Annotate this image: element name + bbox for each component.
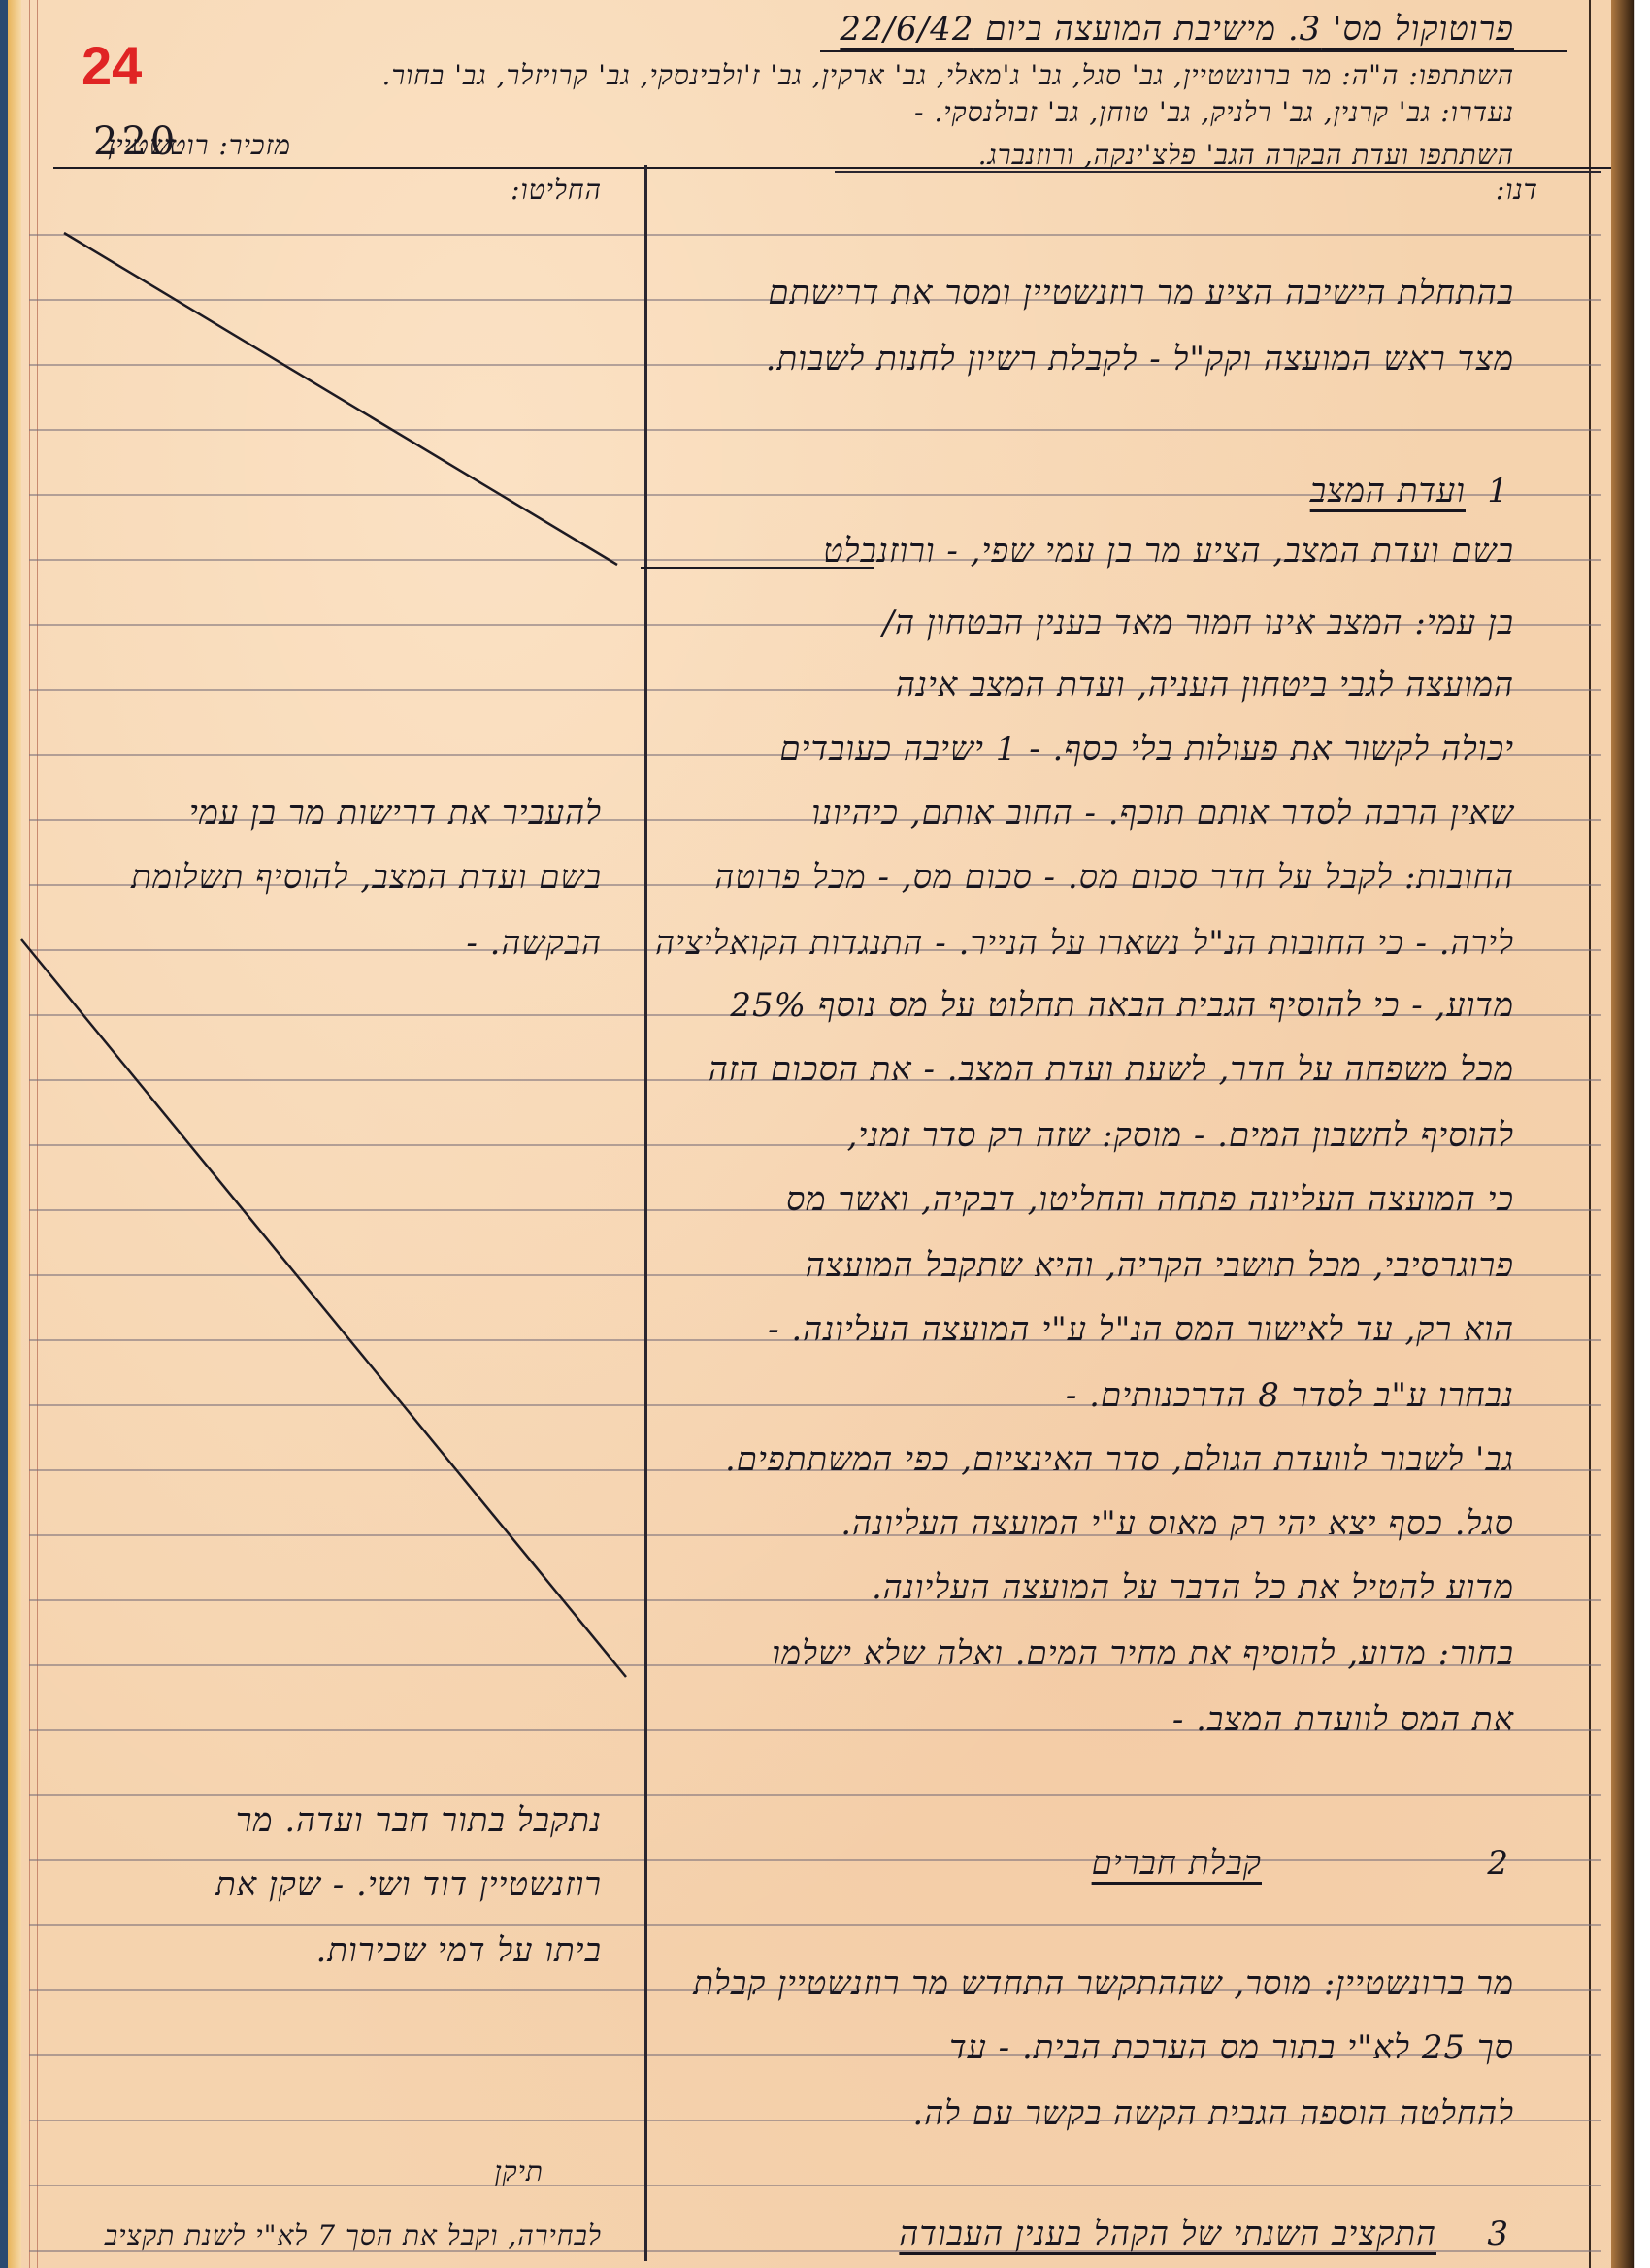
discussion-line: מדוע, - כי להוסיף הגבית הבאה תחלוט על מס… xyxy=(730,986,1514,1025)
decision-line: בשם ועדת המצב, להוסיף תשלומת xyxy=(131,858,602,897)
discussion-line: שאין הרבה לסדר אותם תוכף. - החוב אותם, כ… xyxy=(811,794,1514,833)
discussion-line: החובות: לקבל על חדר סכום מס. - סכום מס, … xyxy=(715,858,1515,897)
guests-row: השתתפו ועדת הבקרה הגב' פלצ'ינקה, ורוזנבר… xyxy=(978,140,1514,171)
secretary-row: מזכיר: רוטשטיין xyxy=(108,130,291,161)
section-number: 2 xyxy=(1487,1844,1509,1883)
discussion-line: סך 25 לא"י בתור מס הערכת הבית. - עד xyxy=(949,2028,1514,2067)
secretary-label: מזכיר: xyxy=(218,129,291,161)
decision-line: להעביר את דרישות מר בן עמי xyxy=(189,794,602,833)
discussion-line: להוסיף לחשבון המים. - מוסק: שזה רק סדר ז… xyxy=(847,1116,1514,1155)
discussion-line: מר ברונשטיין: מוסר, שההתקשר התחדש מר רוז… xyxy=(693,1964,1514,2003)
section-title: ועדת המצב xyxy=(1310,472,1466,510)
discussion-line: המועצה לגבי ביטחון העניה, ועדת המצב אינה xyxy=(896,666,1514,705)
absent-row: נעדרו: גב' קרנין, גב' רלניק, גב' טוחן, ג… xyxy=(914,97,1514,128)
margin-rule-right xyxy=(1589,0,1591,2268)
column-divider xyxy=(644,165,647,2261)
archive-number: 24 xyxy=(82,37,142,95)
decision-line: נתקבל בתור חבר ועדה. מר xyxy=(236,1801,602,1840)
page-gilt-edge xyxy=(8,0,21,2268)
discussion-line: נבחרו ע"ב לסדר 8 הדרכנותים. - xyxy=(1066,1376,1514,1415)
discussion-line: מדוע להטיל את כל הדבר על המועצה העליונה. xyxy=(872,1568,1514,1607)
discussion-line: גב' לשבור לוועדת הגולם, סדר האינציום, כפ… xyxy=(725,1440,1514,1479)
discussion-line: בחור: מדוע, להוסיף את מחיר המים. ואלה של… xyxy=(772,1634,1514,1673)
discussion-line: להחלטה הוספה הגבית הקשה בקשר עם לה. xyxy=(912,2094,1514,2133)
discussion-line: לירה. - כי החובות הנ"ל נשארו על הנייר. -… xyxy=(655,924,1514,963)
discussion-line: את המס לוועדת המצב. - xyxy=(1172,1700,1514,1739)
decision-line: ביתו על דמי שכירות. xyxy=(316,1931,602,1970)
discussion-line: יכולה לקשור את פעולות בלי כסף. - 1 ישיבה… xyxy=(779,730,1514,769)
decision-correction-note: תיקן xyxy=(494,2156,544,2187)
intro-line: מצד ראש המועצה וקק"ל - לקבלת רשיון לחנות… xyxy=(766,340,1514,378)
diagonal-strike-2 xyxy=(21,939,626,1677)
section-title: התקציב השנתי של הקהל בענין העבודה xyxy=(899,2215,1436,2253)
participants-label: השתתפו: xyxy=(1408,59,1514,91)
title-underline xyxy=(820,50,1567,52)
protocol-title: פרוטוקול מס' 3. מישיבת המועצה ביום 22/6/… xyxy=(840,10,1514,49)
decided-label: החליטו: xyxy=(511,175,602,206)
intro-line: בהתחלת הישיבה הציע מר רוזנשטיין ומסר את … xyxy=(768,274,1514,312)
discussion-line: פרוגרסיבי, מכל תושבי הקריה, והיא שתקבל ה… xyxy=(806,1246,1514,1285)
diagonal-strike-1 xyxy=(64,233,617,565)
discussion-line: בשם ועדת המצב, הציע מר בן עמי שפי, - ורו… xyxy=(823,532,1514,571)
speaker-underline xyxy=(641,567,874,569)
discussion-line: כי המועצה העליונה פתחה והחליטו, דבקיה, ו… xyxy=(786,1180,1514,1219)
decision-line: לבחירה, וקבל את הסך 7 לא"י לשנת תקציב xyxy=(105,2220,602,2252)
notebook-page: 24 220 פרוטוקול מס' 3. מישיבת המועצה ביו… xyxy=(0,0,1611,2268)
participants-list: ה"ה: מר ברונשטיין, גב' סגל, גב' ג'מאלי, … xyxy=(381,59,1399,91)
margin-rule-left xyxy=(29,0,30,2268)
discussed-label: דנו: xyxy=(1496,175,1538,206)
section-number: 1 xyxy=(1487,472,1509,510)
secretary-name: רוטשטיין xyxy=(108,129,209,161)
discussion-line: בן עמי: המצב אינו חמור מאד בענין הבטחון … xyxy=(883,604,1514,642)
binding-edge xyxy=(0,0,8,2268)
section-title: קבלת חברים xyxy=(1092,1844,1262,1883)
discussion-line: הוא רק, עד לאישור המס הנ"ל ע"י המועצה הע… xyxy=(768,1310,1514,1349)
absent-label: נעדרו: xyxy=(1440,96,1514,128)
decision-line: הבקשה. - xyxy=(466,924,602,963)
discussion-line: סגל. כסף יצא יהי רק מאוס ע"י המועצה העלי… xyxy=(841,1504,1514,1543)
guests-strike-line xyxy=(835,171,1601,173)
section-number: 3 xyxy=(1487,2215,1509,2253)
absent-list: גב' קרנין, גב' רלניק, גב' טוחן, גב' זבול… xyxy=(914,96,1431,128)
participants-row: השתתפו: ה"ה: מר ברונשטיין, גב' סגל, גב' … xyxy=(381,60,1514,91)
discussion-line: מכל משפחה על חדר, לשעת ועדת המצב. - את ה… xyxy=(709,1050,1514,1089)
margin-rule-left-inner xyxy=(37,0,38,2268)
book-spine-edge xyxy=(1611,0,1650,2268)
decision-line: רוזנשטיין דוד ושי. - שקן את xyxy=(215,1865,602,1904)
